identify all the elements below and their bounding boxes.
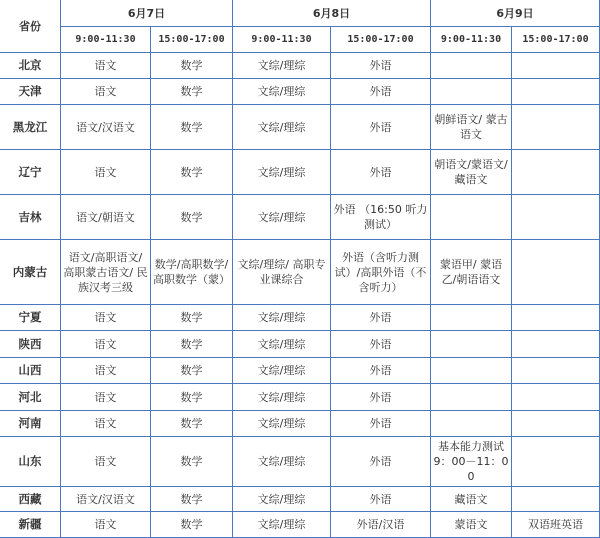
province-cell: 河北	[0, 384, 61, 411]
subject-cell: 外语	[331, 79, 431, 105]
province-cell: 山东	[0, 437, 61, 487]
subject-cell: 数学	[151, 411, 233, 437]
subject-cell	[512, 437, 600, 487]
subject-cell	[512, 79, 600, 105]
slot-header: 15:00-17:00	[331, 27, 431, 53]
slot-header: 9:00-11:30	[233, 27, 331, 53]
table-row: 内蒙古语文/高职语文/ 高职蒙古语文/ 民族汉考三级数学/高职数学/高职数学（蒙…	[0, 240, 600, 305]
subject-cell	[512, 358, 600, 384]
subject-cell: 语文	[61, 305, 151, 331]
subject-cell: 数学	[151, 512, 233, 538]
subject-cell: 数学	[151, 305, 233, 331]
subject-cell: 蒙语文	[431, 512, 512, 538]
table-row: 黑龙江语文/汉语文数学文综/理综外语朝鲜语文/ 蒙古语文	[0, 105, 600, 150]
subject-cell: 语文	[61, 150, 151, 195]
slot-header: 15:00-17:00	[512, 27, 600, 53]
schedule-body: 北京语文数学文综/理综外语天津语文数学文综/理综外语黑龙江语文/汉语文数学文综/…	[0, 53, 600, 538]
province-cell: 辽宁	[0, 150, 61, 195]
slot-header: 9:00-11:30	[61, 27, 151, 53]
table-row: 陕西语文数学文综/理综外语	[0, 331, 600, 358]
subject-cell: 语文/朝语文	[61, 195, 151, 240]
subject-cell	[512, 150, 600, 195]
province-header: 省份	[0, 0, 61, 53]
subject-cell: 文综/理综	[233, 358, 331, 384]
subject-cell: 外语	[331, 437, 431, 487]
day-header-1: 6月7日	[61, 0, 233, 27]
subject-cell: 语文/高职语文/ 高职蒙古语文/ 民族汉考三级	[61, 240, 151, 305]
subject-cell: 外语	[331, 358, 431, 384]
subject-cell	[431, 358, 512, 384]
table-row: 西藏语文/汉语文数学文综/理综外语藏语文	[0, 487, 600, 512]
table-row: 山东语文数学文综/理综外语基本能力测试9：00－11：00	[0, 437, 600, 487]
subject-cell: 语文	[61, 331, 151, 358]
table-row: 河南语文数学文综/理综外语	[0, 411, 600, 437]
subject-cell: 数学	[151, 79, 233, 105]
province-cell: 北京	[0, 53, 61, 79]
subject-cell: 数学	[151, 358, 233, 384]
subject-cell: 文综/理综/ 高职专业课综合	[233, 240, 331, 305]
subject-cell	[512, 384, 600, 411]
subject-cell: 外语 （16:50 听力测试）	[331, 195, 431, 240]
subject-cell: 文综/理综	[233, 79, 331, 105]
subject-cell: 外语	[331, 150, 431, 195]
subject-cell: 藏语文	[431, 487, 512, 512]
province-cell: 宁夏	[0, 305, 61, 331]
subject-cell: 语文	[61, 411, 151, 437]
subject-cell: 外语/汉语	[331, 512, 431, 538]
subject-cell: 文综/理综	[233, 105, 331, 150]
subject-cell: 文综/理综	[233, 53, 331, 79]
table-row: 山西语文数学文综/理综外语	[0, 358, 600, 384]
subject-cell: 外语	[331, 487, 431, 512]
subject-cell	[431, 53, 512, 79]
subject-cell: 文综/理综	[233, 331, 331, 358]
subject-cell: 文综/理综	[233, 411, 331, 437]
subject-cell: 基本能力测试9：00－11：00	[431, 437, 512, 487]
subject-cell: 外语	[331, 305, 431, 331]
subject-cell	[512, 240, 600, 305]
subject-cell: 文综/理综	[233, 305, 331, 331]
subject-cell	[431, 79, 512, 105]
table-row: 辽宁语文数学文综/理综外语朝语文/蒙语文/藏语文	[0, 150, 600, 195]
subject-cell: 蒙语甲/ 蒙语乙/朝语语文	[431, 240, 512, 305]
subject-cell: 外语	[331, 411, 431, 437]
subject-cell: 文综/理综	[233, 487, 331, 512]
subject-cell	[512, 305, 600, 331]
header-row-days: 省份 6月7日 6月8日 6月9日	[0, 0, 600, 27]
subject-cell: 语文	[61, 512, 151, 538]
subject-cell	[431, 331, 512, 358]
day-header-3: 6月9日	[431, 0, 600, 27]
subject-cell: 数学	[151, 331, 233, 358]
subject-cell: 文综/理综	[233, 150, 331, 195]
subject-cell: 数学	[151, 437, 233, 487]
subject-cell: 外语	[331, 53, 431, 79]
subject-cell: 数学	[151, 487, 233, 512]
province-cell: 黑龙江	[0, 105, 61, 150]
subject-cell: 双语班英语	[512, 512, 600, 538]
subject-cell: 语文	[61, 358, 151, 384]
province-cell: 新疆	[0, 512, 61, 538]
subject-cell: 外语	[331, 105, 431, 150]
table-row: 河北语文数学文综/理综外语	[0, 384, 600, 411]
subject-cell	[431, 384, 512, 411]
subject-cell	[512, 53, 600, 79]
subject-cell: 语文	[61, 437, 151, 487]
day-header-2: 6月8日	[233, 0, 431, 27]
province-cell: 河南	[0, 411, 61, 437]
subject-cell: 语文/汉语文	[61, 487, 151, 512]
subject-cell	[512, 487, 600, 512]
table-row: 吉林语文/朝语文数学文综/理综外语 （16:50 听力测试）	[0, 195, 600, 240]
table-row: 北京语文数学文综/理综外语	[0, 53, 600, 79]
subject-cell: 数学	[151, 384, 233, 411]
slot-header: 9:00-11:30	[431, 27, 512, 53]
subject-cell	[512, 411, 600, 437]
subject-cell: 文综/理综	[233, 437, 331, 487]
subject-cell: 语文	[61, 53, 151, 79]
province-cell: 内蒙古	[0, 240, 61, 305]
subject-cell	[512, 105, 600, 150]
province-cell: 陕西	[0, 331, 61, 358]
subject-cell: 数学	[151, 150, 233, 195]
exam-schedule-table: 省份 6月7日 6月8日 6月9日 9:00-11:30 15:00-17:00…	[0, 0, 600, 538]
subject-cell: 朝鲜语文/ 蒙古语文	[431, 105, 512, 150]
header-row-slots: 9:00-11:30 15:00-17:00 9:00-11:30 15:00-…	[0, 27, 600, 53]
subject-cell: 语文/汉语文	[61, 105, 151, 150]
slot-header: 15:00-17:00	[151, 27, 233, 53]
subject-cell: 外语	[331, 331, 431, 358]
table-row: 新疆语文数学文综/理综外语/汉语蒙语文双语班英语	[0, 512, 600, 538]
subject-cell: 朝语文/蒙语文/藏语文	[431, 150, 512, 195]
province-cell: 吉林	[0, 195, 61, 240]
subject-cell	[512, 195, 600, 240]
subject-cell	[512, 331, 600, 358]
subject-cell	[431, 195, 512, 240]
subject-cell: 数学/高职数学/高职数学（蒙）	[151, 240, 233, 305]
subject-cell: 数学	[151, 105, 233, 150]
subject-cell: 文综/理综	[233, 512, 331, 538]
subject-cell	[431, 305, 512, 331]
subject-cell: 外语（含听力测试）/高职外语（不含听力）	[331, 240, 431, 305]
subject-cell: 语文	[61, 384, 151, 411]
subject-cell	[431, 411, 512, 437]
province-cell: 西藏	[0, 487, 61, 512]
province-cell: 天津	[0, 79, 61, 105]
subject-cell: 数学	[151, 53, 233, 79]
subject-cell: 外语	[331, 384, 431, 411]
table-row: 天津语文数学文综/理综外语	[0, 79, 600, 105]
table-row: 宁夏语文数学文综/理综外语	[0, 305, 600, 331]
subject-cell: 文综/理综	[233, 384, 331, 411]
subject-cell: 文综/理综	[233, 195, 331, 240]
subject-cell: 语文	[61, 79, 151, 105]
province-cell: 山西	[0, 358, 61, 384]
subject-cell: 数学	[151, 195, 233, 240]
